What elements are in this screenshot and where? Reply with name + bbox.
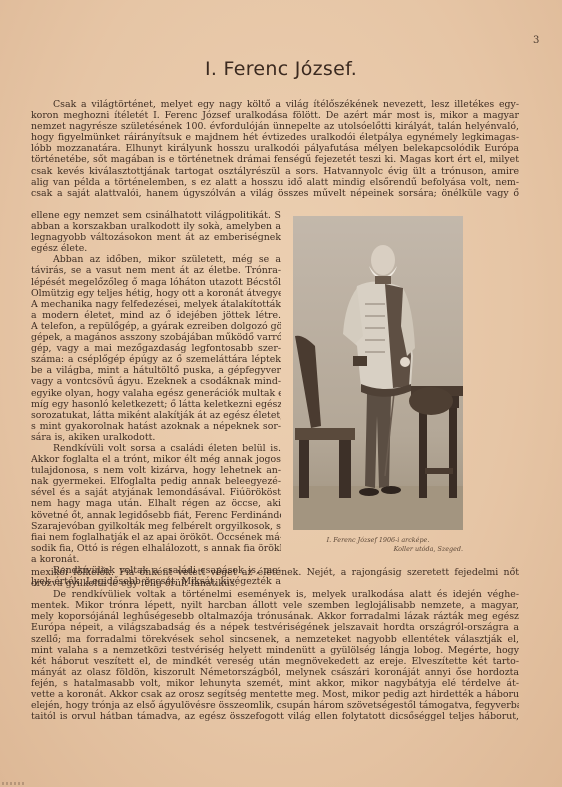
- text-line: A mechanika nagy felfedezései, melyek át…: [31, 299, 281, 310]
- scan-watermark: [2, 782, 26, 785]
- text-line: Európa népeit, a világszabadság és a nép…: [31, 622, 519, 633]
- text-line: egyike olyan, hogy valaha egész generáci…: [31, 388, 281, 399]
- text-line: sorozatukat, látta miként alakítják át a…: [31, 410, 281, 421]
- text-line: lóbb mozzanatára. Elhunyt királyunk hoss…: [31, 143, 519, 154]
- text-line: fején, s hatalmasabb volt, mikor lehunyt…: [31, 678, 519, 689]
- text-line: tulajdonosa, s nem volt kizárva, hogy le…: [31, 465, 281, 476]
- text-line: Akkor foglalta el a trónt, mikor élt még…: [31, 454, 281, 465]
- text-line: taitól is orvul hátban támadva, az egész…: [31, 711, 519, 722]
- text-line: Szarajevóban gyilkolták meg felbérelt or…: [31, 521, 281, 532]
- text-line: Olmützig egy teljes hétig, hogy ott a ko…: [31, 288, 281, 299]
- intro-paragraph: Csak a világtörténet, melyet egy nagy kö…: [31, 99, 519, 199]
- text-line: mányát az olasz földön, kiszorult Németo…: [31, 667, 519, 678]
- chapter-title: I. Ferenc József.: [0, 58, 562, 80]
- text-line: sára is, akiken uralkodott.: [31, 432, 281, 443]
- text-line: Rendkívüli volt sorsa a családi életen b…: [31, 443, 281, 454]
- text-line: nemzet nagyrésze születésének 100. évfor…: [31, 121, 519, 132]
- text-line: mint valaha s a nemzetközi testvériség h…: [31, 645, 519, 656]
- text-line: száma: a cséplőgép épúgy az ő szemeláttá…: [31, 354, 281, 365]
- text-line: szellő; ma forradalmi törekvések sehol s…: [31, 634, 519, 645]
- text-line: sodik fia, Ottó is régen elhalálozott, s…: [31, 543, 281, 554]
- text-line: gépek, a magános asszony szobájában műkö…: [31, 332, 281, 343]
- text-line: orozva gyilkolta le egy félig őrült fana…: [31, 578, 519, 589]
- text-line: mely koporsójánál leghűségesebb oltalmaz…: [31, 611, 519, 622]
- text-line: fiai nem foglalhatják el az apai örököt.…: [31, 532, 281, 543]
- text-line: történetébe, sőt magában is e történetne…: [31, 154, 519, 165]
- text-line: lépését megelőzőleg ő maga lóháton utazo…: [31, 277, 281, 288]
- text-line: követné őt, annak legidősebb fiát, Feren…: [31, 510, 281, 521]
- text-line: abban a korszakban uralkodott ily sokà, …: [31, 221, 281, 232]
- text-line: távirás, se a vasut nem ment át az életb…: [31, 265, 281, 276]
- text-line: hogy figyelmünket ráirányítsuk e majdnem…: [31, 132, 519, 143]
- book-page: 3 I. Ferenc József. Csak a világtörténet…: [0, 0, 562, 787]
- text-line: be a világba, mint a hátultöltő puska, a…: [31, 365, 281, 376]
- text-line: mexikói fölkelők. Fia önként vetett vége…: [31, 567, 519, 578]
- text-line: egész élete.: [31, 243, 281, 254]
- portrait-photo: [293, 216, 463, 530]
- page-number: 3: [533, 35, 539, 46]
- text-line: a koronát.: [31, 554, 281, 565]
- text-line: vette a koronát. Akkor csak az orosz seg…: [31, 689, 519, 700]
- text-line: elején, hogy trónja az első ágyulövésre …: [31, 700, 519, 711]
- caption-credit: Koller utóda, Szeged.: [293, 545, 463, 554]
- text-line: vagy a vontcsövű ágyu. Ezeknek a csodákn…: [31, 376, 281, 387]
- text-line: csak a saját alattvalói, hanem úgyszólvá…: [31, 188, 519, 199]
- text-line: koron meghozni ítéletét I. Ferenc József…: [31, 110, 519, 121]
- text-line: nak gyermekei. Elfoglalta pedig annak be…: [31, 476, 281, 487]
- text-line: ellene egy nemzet sem csinálhatott világ…: [31, 210, 281, 221]
- left-column-text: ellene egy nemzet sem csinálhatott világ…: [31, 210, 281, 587]
- text-line: két háborut veszített el, de mindkét ver…: [31, 656, 519, 667]
- portrait-illustration: [293, 216, 463, 530]
- text-line: Abban az időben, mikor született, még se…: [31, 254, 281, 265]
- lower-text: mexikói fölkelők. Fia önként vetett vége…: [31, 567, 519, 722]
- text-line: Csak a világtörténet, melyet egy nagy kö…: [31, 99, 519, 110]
- text-line: s mint gyakorolnak hatást azoknak a népe…: [31, 421, 281, 432]
- text-line: míg egy hasonló keletkezett; ő látta kel…: [31, 399, 281, 410]
- text-line: nem hagy maga után. Elhalt régen az öccs…: [31, 498, 281, 509]
- text-line: De rendkívüliek voltak a történelmi esem…: [31, 589, 519, 600]
- figure-caption: I. Ferenc József 1906-i arcképe. Koller …: [293, 536, 463, 554]
- text-line: a modern életet, mind az ő idejében jött…: [31, 310, 281, 321]
- text-line: legnagyobb változásokon ment át az ember…: [31, 232, 281, 243]
- text-line: sével és a saját atyjának lemondásával. …: [31, 487, 281, 498]
- text-line: csak kevés kiválasztottjának tartogat os…: [31, 166, 519, 177]
- text-line: alig van példa a történelemben, s ez ala…: [31, 177, 519, 188]
- caption-title: I. Ferenc József 1906-i arcképe.: [293, 536, 463, 545]
- text-line: mentek. Mikor trónra lépett, nyilt harcb…: [31, 600, 519, 611]
- text-line: gép, vagy a mai mezőgazdaság legfontosab…: [31, 343, 281, 354]
- text-line: A telefon, a repülőgép, a gyárak ezreibe…: [31, 321, 281, 332]
